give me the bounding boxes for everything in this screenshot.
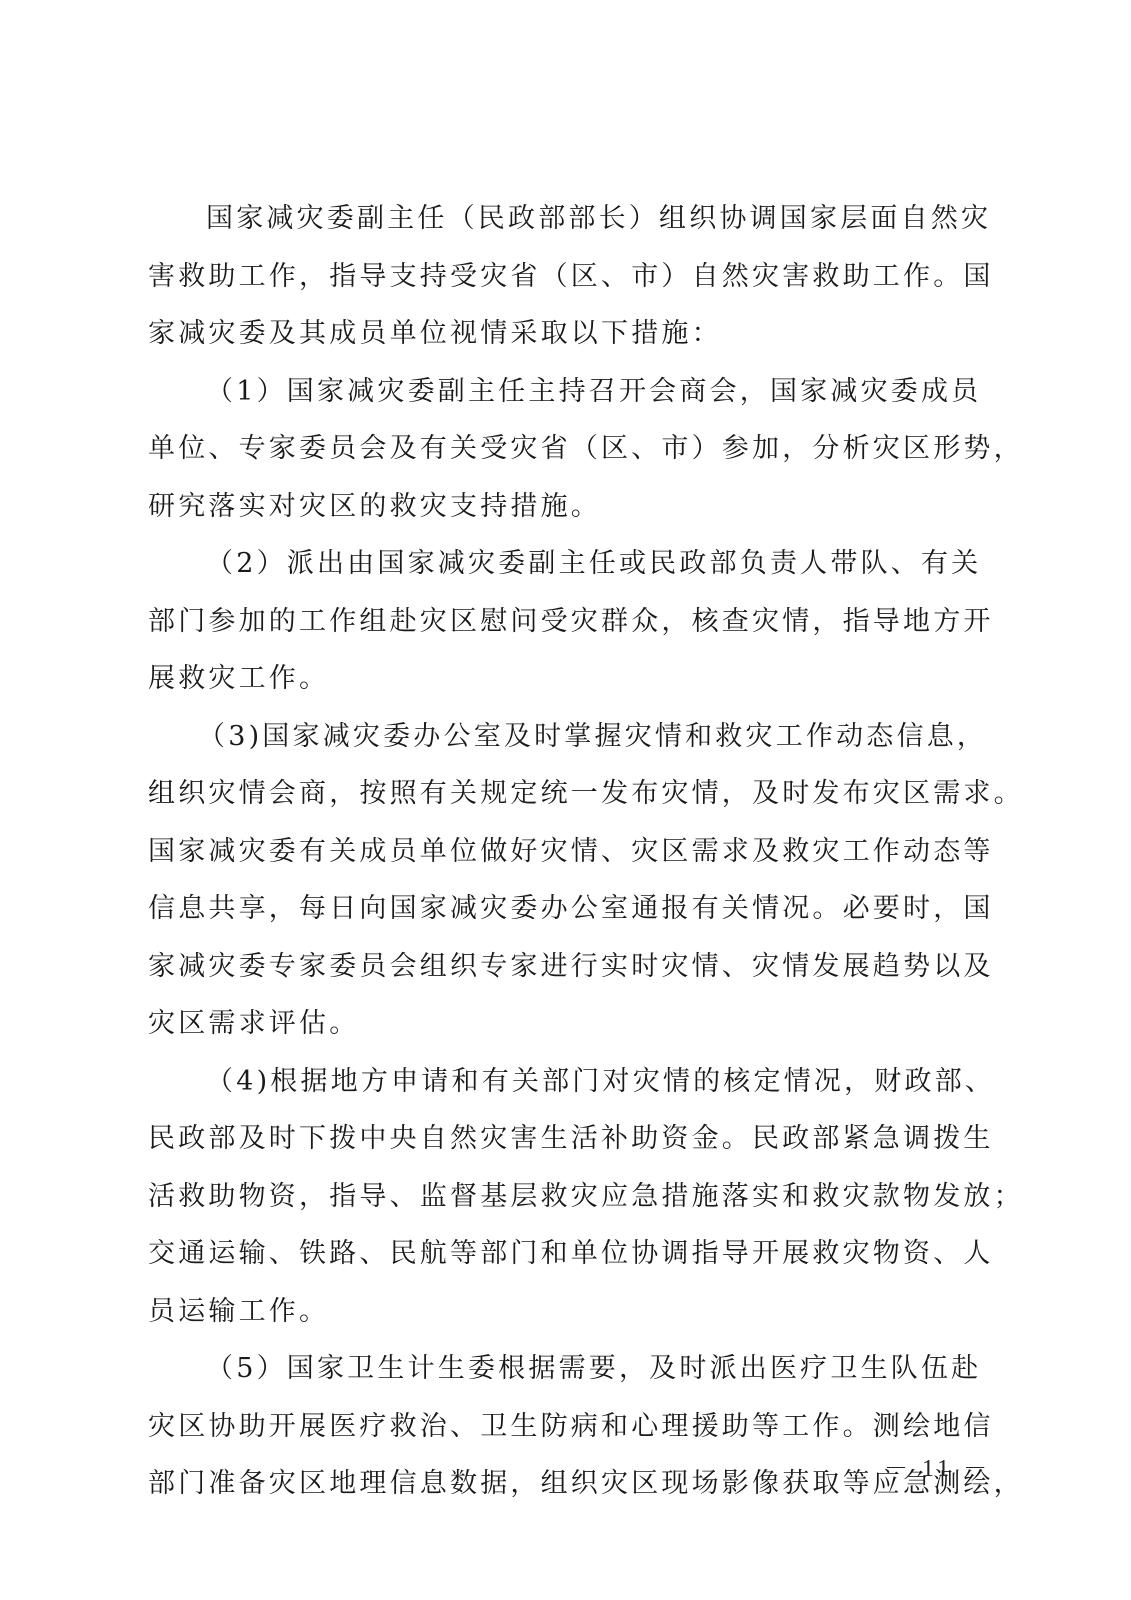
paragraph-line: 部门准备灾区地理信息数据，组织灾区现场影像获取等应急测绘， bbox=[148, 1455, 978, 1513]
paragraph-line: 活救助物资，指导、监督基层救灾应急措施落实和救灾款物发放； bbox=[148, 1168, 978, 1226]
paragraph-line: 民政部及时下拨中央自然灾害生活补助资金。民政部紧急调拨生 bbox=[148, 1110, 978, 1168]
paragraph-line: 国家减灾委有关成员单位做好灾情、灾区需求及救灾工作动态等 bbox=[148, 823, 978, 881]
list-item-2: （2）派出由国家减灾委副主任或民政部负责人带队、有关 bbox=[148, 535, 978, 593]
paragraph-line: 家减灾委专家委员会组织专家进行实时灾情、灾情发展趋势以及 bbox=[148, 938, 978, 996]
paragraph-line: 灾区需求评估。 bbox=[148, 995, 978, 1053]
paragraph-line: 害救助工作，指导支持受灾省（区、市）自然灾害救助工作。国 bbox=[148, 248, 978, 306]
paragraph-line: 组织灾情会商，按照有关规定统一发布灾情，及时发布灾区需求。 bbox=[148, 765, 978, 823]
paragraph-line: 员运输工作。 bbox=[148, 1283, 978, 1341]
list-item-5: （5）国家卫生计生委根据需要，及时派出医疗卫生队伍赴 bbox=[148, 1340, 978, 1398]
paragraph-line: 单位、专家委员会及有关受灾省（区、市）参加，分析灾区形势， bbox=[148, 420, 978, 478]
paragraph-line: 研究落实对灾区的救灾支持措施。 bbox=[148, 478, 978, 536]
paragraph-line: 国家减灾委副主任（民政部部长）组织协调国家层面自然灾 bbox=[148, 190, 978, 248]
list-item-3: （3)国家减灾委办公室及时掌握灾情和救灾工作动态信息， bbox=[148, 708, 978, 766]
paragraph-line: 家减灾委及其成员单位视情采取以下措施： bbox=[148, 305, 978, 363]
document-body: 国家减灾委副主任（民政部部长）组织协调国家层面自然灾 害救助工作，指导支持受灾省… bbox=[148, 190, 978, 1513]
list-item-4: （4)根据地方申请和有关部门对灾情的核定情况，财政部、 bbox=[148, 1053, 978, 1111]
paragraph-line: 信息共享，每日向国家减灾委办公室通报有关情况。必要时，国 bbox=[148, 880, 978, 938]
paragraph-line: 部门参加的工作组赴灾区慰问受灾群众，核查灾情，指导地方开 bbox=[148, 593, 978, 651]
page-number: － 11 － bbox=[884, 1448, 991, 1483]
paragraph-line: 展救灾工作。 bbox=[148, 650, 978, 708]
list-item-1: （1）国家减灾委副主任主持召开会商会，国家减灾委成员 bbox=[148, 363, 978, 421]
paragraph-line: 灾区协助开展医疗救治、卫生防病和心理援助等工作。测绘地信 bbox=[148, 1398, 978, 1456]
paragraph-line: 交通运输、铁路、民航等部门和单位协调指导开展救灾物资、人 bbox=[148, 1225, 978, 1283]
